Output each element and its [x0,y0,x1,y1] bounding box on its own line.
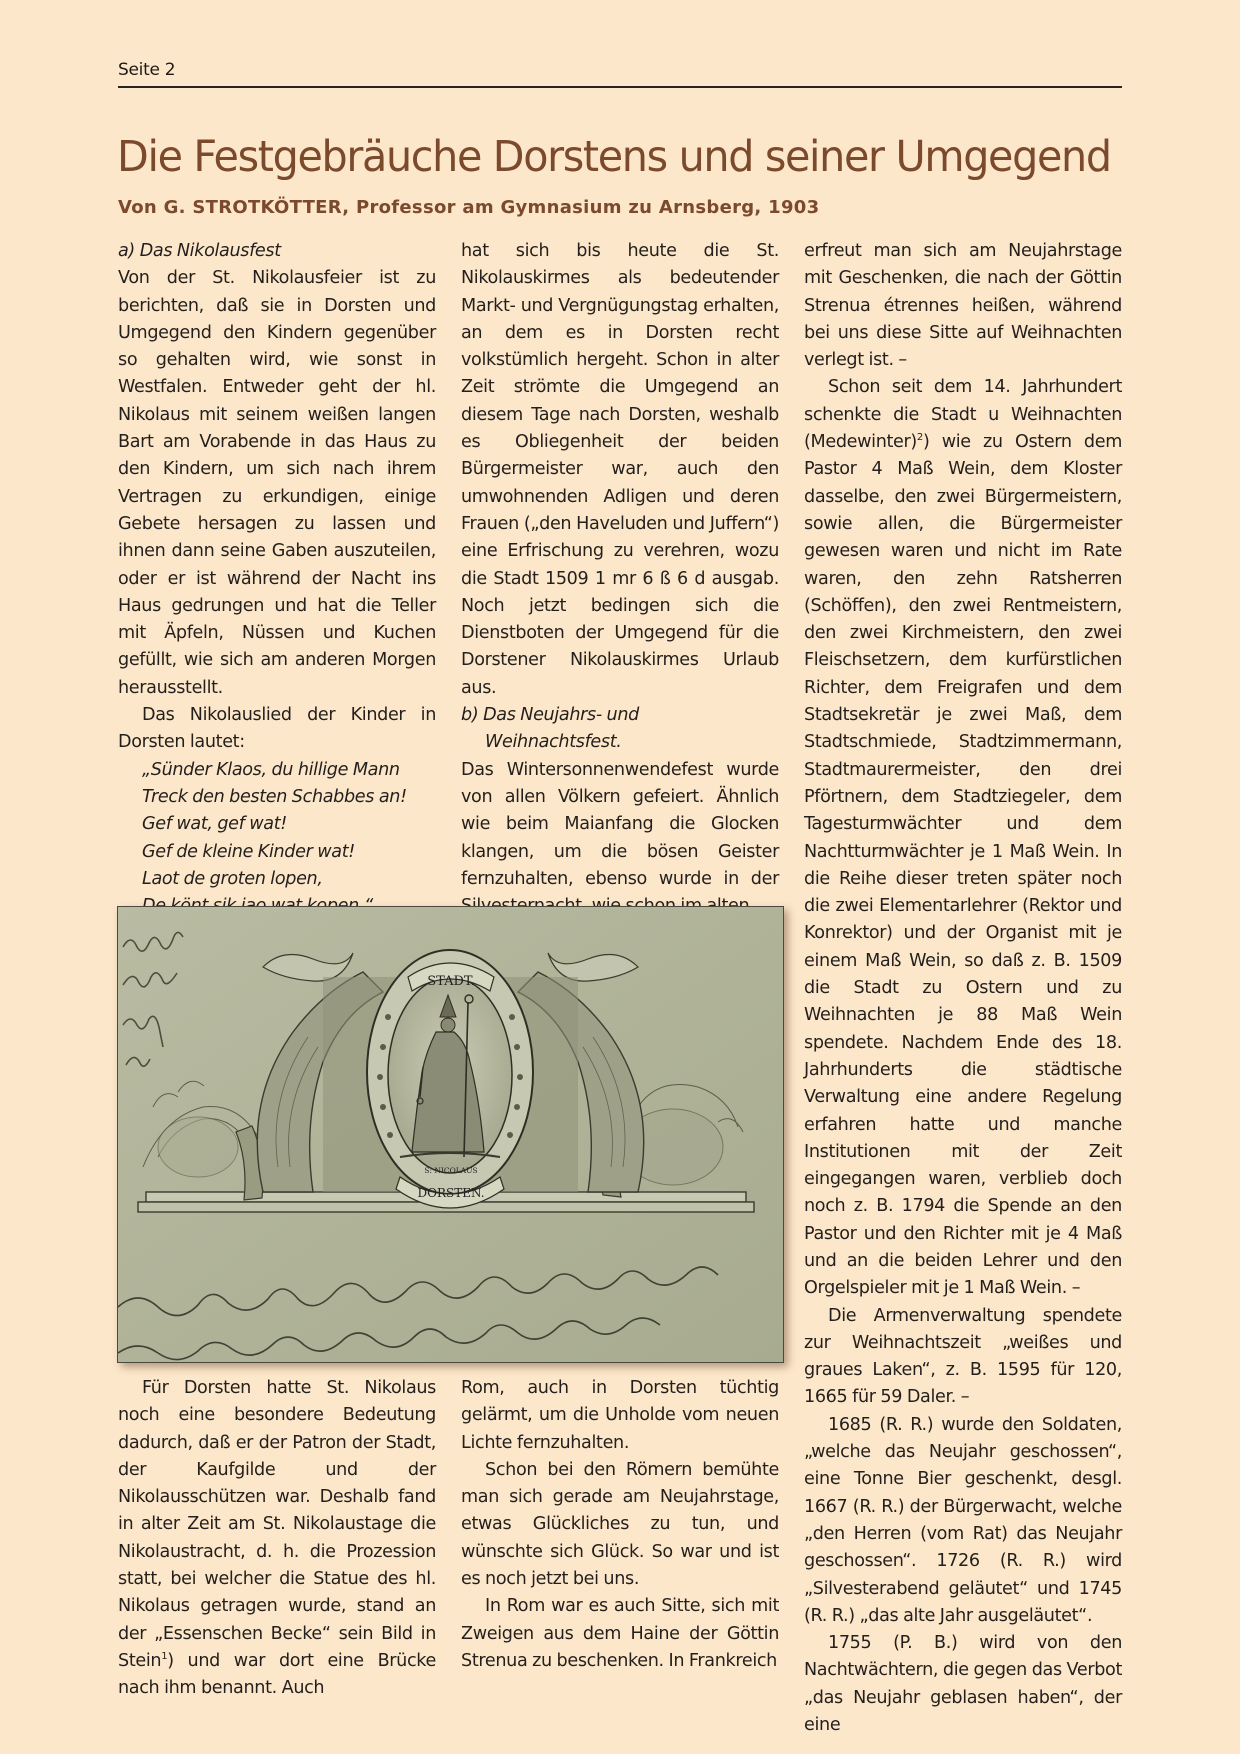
paragraph: Für Dorsten hatte St. Nikolaus noch eine… [118,1375,436,1703]
poem-line: „Sünder Klaos, du hillige Mann [118,757,436,784]
nikolaus-poem: „Sünder Klaos, du hillige Mann Treck den… [118,757,436,921]
poem-line: Gef wat, gef wat! [118,811,436,838]
banner-dorsten: DORSTEN. [417,1186,484,1200]
article-byline: Von G. STROTKÖTTER, Professor am Gymnasi… [118,197,819,218]
poem-line: Treck den besten Schabbes an! [118,784,436,811]
paragraph: Das Wintersonnenwendefest wurde von alle… [461,757,779,921]
paragraph: Das Nikolauslied der Kinder in Dorsten l… [118,702,436,757]
column-1-top: a) Das Nikolausfest Von der St. Nikolaus… [118,238,436,920]
header-rule [118,86,1122,88]
column-2-bottom: Rom, auch in Dorsten tüchtig gelärmt, um… [461,1375,779,1675]
page-label: Seite 2 [118,60,175,80]
section-a-heading: a) Das Nikolausfest [118,238,436,265]
paragraph: 1685 (R. R.) wurde den Soldaten, „welche… [804,1412,1122,1630]
section-b-heading: b) Das Neujahrs- und Weihnachtsfest. [461,702,779,757]
paragraph: hat sich bis heute die St. Nikolauskirme… [461,238,779,702]
poem-line: Laot de groten lopen, [118,866,436,893]
article-title: Die Festgebräuche Dorstens und seiner Um… [117,132,1111,182]
banner-stadt: STADT. [427,974,475,989]
banner-saint: S: NICOLAUS [424,1166,477,1175]
paragraph: Schon bei den Römern bemühte man sich ge… [461,1457,779,1593]
engraving-image: STADT. S: NICOLAUS DORSTEN. [117,906,784,1363]
poem-line: Gef de kleine Kinder wat! [118,839,436,866]
paragraph: Schon seit dem 14. Jahrhundert schenkte … [804,374,1122,1302]
paragraph: Von der St. Nikolausfeier ist zu bericht… [118,265,436,702]
paragraph: 1755 (P. B.) wird von den Nachtwächtern,… [804,1630,1122,1739]
paragraph: Rom, auch in Dorsten tüchtig gelärmt, um… [461,1375,779,1457]
paragraph: In Rom war es auch Sitte, sich mit Zweig… [461,1593,779,1675]
column-3: erfreut man sich am Neujahrstage mit Ges… [804,238,1122,1739]
paragraph-text: Für Dorsten hatte St. Nikolaus noch eine… [118,1378,436,1671]
paragraph: erfreut man sich am Neujahrstage mit Ges… [804,238,1122,374]
column-2-top: hat sich bis heute die St. Nikolauskirme… [461,238,779,920]
paragraph-text: ) wie zu Ostern dem Pastor 4 Maß Wein, d… [804,432,1122,1298]
column-1-bottom: Für Dorsten hatte St. Nikolaus noch eine… [118,1375,436,1703]
paragraph: Die Armenverwaltung spendete zur Weihnac… [804,1303,1122,1412]
